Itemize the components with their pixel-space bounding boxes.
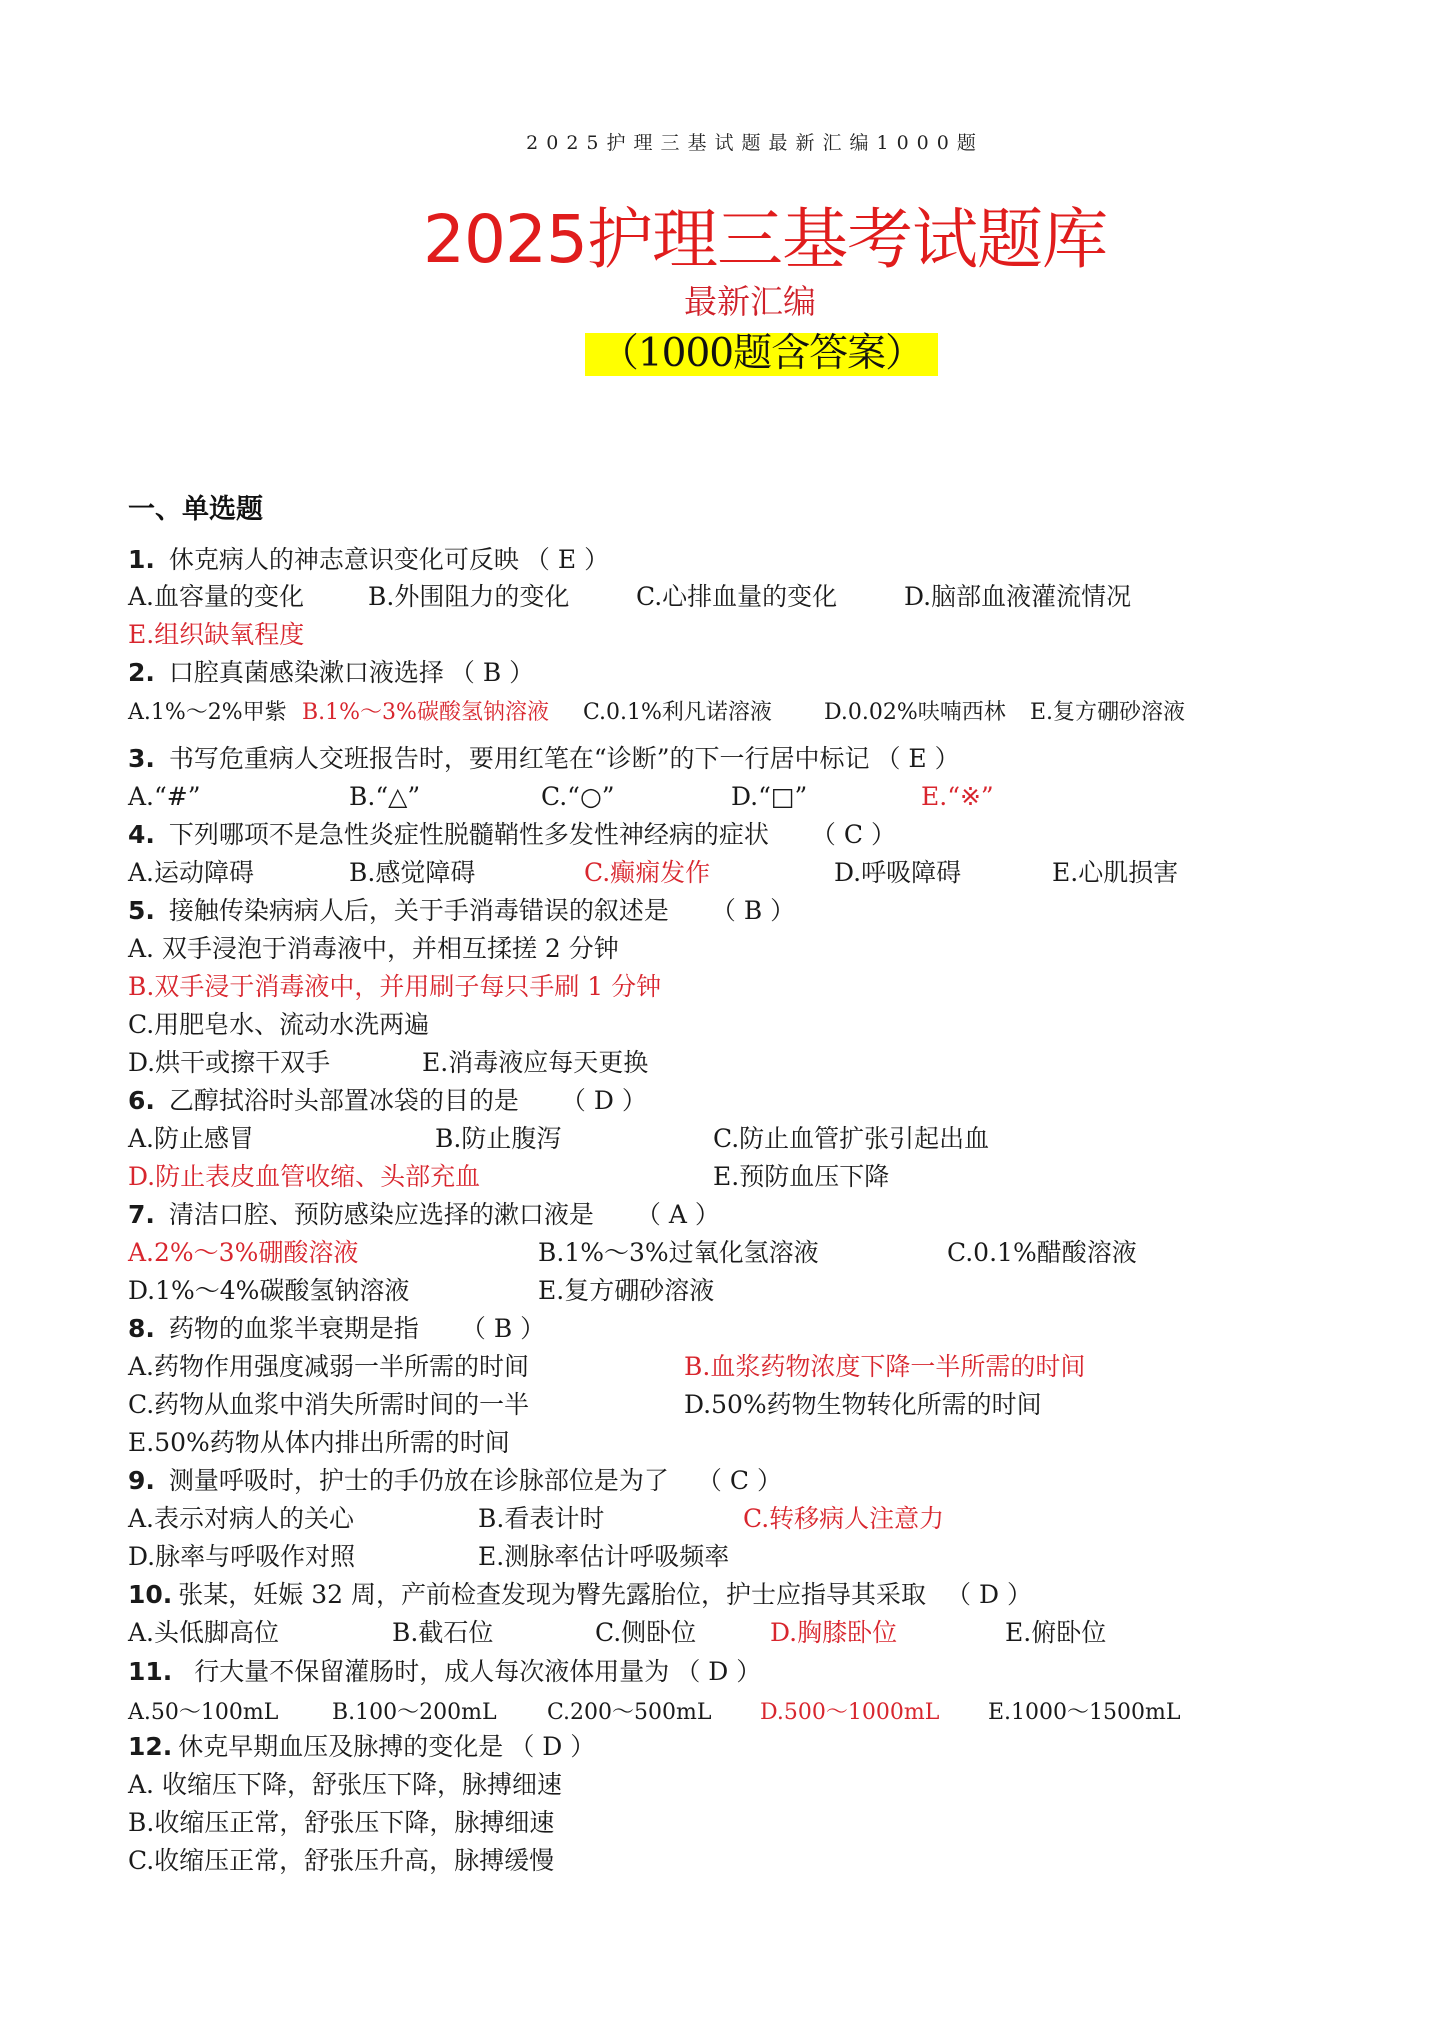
option: E.预防血压下降 bbox=[713, 1160, 889, 1194]
answer-key: （ D ） bbox=[509, 1732, 595, 1761]
section-heading: 一、单选题 bbox=[128, 487, 263, 526]
option: D.1%～4%碳酸氢钠溶液 bbox=[128, 1274, 409, 1308]
question-text: 口腔真菌感染漱口液选择 bbox=[169, 658, 444, 687]
option: B.感觉障碍 bbox=[349, 856, 475, 890]
option: E.复方硼砂溶液 bbox=[538, 1274, 714, 1308]
option: C.防止血管扩张引起出血 bbox=[713, 1122, 989, 1156]
option-correct: E.“※” bbox=[921, 780, 994, 814]
option: E.消毒液应每天更换 bbox=[422, 1046, 648, 1080]
option: E.俯卧位 bbox=[1005, 1616, 1106, 1650]
answer-key: （ C ） bbox=[697, 1466, 782, 1495]
option: B.“△” bbox=[349, 780, 420, 814]
option: A. 双手浸泡于消毒液中，并相互揉搓 2 分钟 bbox=[128, 932, 619, 966]
option-correct: D.防止表皮血管收缩、头部充血 bbox=[128, 1160, 480, 1194]
question-text: 休克病人的神志意识变化可反映 bbox=[169, 545, 519, 574]
option: D.脉率与呼吸作对照 bbox=[128, 1540, 355, 1574]
option: A.运动障碍 bbox=[128, 856, 254, 890]
option-correct: C.癫痫发作 bbox=[584, 856, 710, 890]
answer-key: （ B ） bbox=[711, 896, 795, 925]
main-title: 2025护理三基考试题库 bbox=[0, 186, 1440, 281]
answer-key: （ B ） bbox=[461, 1314, 545, 1343]
question-stem: 7.清洁口腔、预防感染应选择的漱口液是（ A ） bbox=[128, 1198, 720, 1232]
question-text: 测量呼吸时，护士的手仍放在诊脉部位是为了 bbox=[169, 1466, 669, 1495]
answer-key: （ D ） bbox=[561, 1086, 647, 1115]
question-number: 5. bbox=[128, 896, 155, 925]
question-stem: 4.下列哪项不是急性炎症性脱髓鞘性多发性神经病的症状（ C ） bbox=[128, 818, 896, 852]
option-correct: A.2%～3%硼酸溶液 bbox=[128, 1236, 358, 1270]
answer-key: （ C ） bbox=[811, 820, 896, 849]
option-correct: B.1%～3%碳酸氢钠溶液 bbox=[302, 696, 549, 730]
question-text: 药物的血浆半衰期是指 bbox=[169, 1314, 419, 1343]
option: D.呼吸障碍 bbox=[834, 856, 961, 890]
option: A. 收缩压下降，舒张压下降，脉搏细速 bbox=[128, 1768, 562, 1802]
question-stem: 3.书写危重病人交班报告时，要用红笔在“诊断”的下一行居中标记（ E ） bbox=[128, 742, 960, 776]
question-number: 8. bbox=[128, 1314, 155, 1343]
option: E.50%药物从体内排出所需的时间 bbox=[128, 1426, 510, 1460]
option: C.0.1%醋酸溶液 bbox=[947, 1236, 1137, 1270]
question-stem: 2.口腔真菌感染漱口液选择（ B ） bbox=[128, 656, 534, 690]
option: B.截石位 bbox=[392, 1616, 493, 1650]
question-number: 11. bbox=[128, 1657, 172, 1686]
option: D.0.02%呋喃西林 bbox=[824, 696, 1006, 730]
option: C.药物从血浆中消失所需时间的一半 bbox=[128, 1388, 529, 1422]
question-number: 2. bbox=[128, 658, 155, 687]
question-text: 乙醇拭浴时头部置冰袋的目的是 bbox=[169, 1086, 519, 1115]
option: A.表示对病人的关心 bbox=[128, 1502, 354, 1536]
answer-key: （ E ） bbox=[875, 744, 959, 773]
answer-key: （ D ） bbox=[675, 1657, 761, 1686]
option-correct: D.胸膝卧位 bbox=[770, 1616, 897, 1650]
highlight-banner: （1000题含答案） bbox=[585, 333, 938, 376]
option-correct: B.双手浸于消毒液中，并用刷子每只手刷 1 分钟 bbox=[128, 970, 661, 1004]
option: B.防止腹泻 bbox=[435, 1122, 561, 1156]
option: C.用肥皂水、流动水洗两遍 bbox=[128, 1008, 429, 1042]
option-correct: B.血浆药物浓度下降一半所需的时间 bbox=[684, 1350, 1085, 1384]
option: C.0.1%利凡诺溶液 bbox=[583, 696, 772, 730]
option: A.头低脚高位 bbox=[128, 1616, 279, 1650]
highlight-label: （1000题含答案） bbox=[585, 331, 938, 377]
answer-key: （ E ） bbox=[525, 545, 609, 574]
option: A.50～100mL bbox=[128, 1696, 278, 1730]
option: A.“#” bbox=[128, 780, 201, 814]
question-text: 清洁口腔、预防感染应选择的漱口液是 bbox=[169, 1200, 594, 1229]
question-stem: 5.接触传染病病人后，关于手消毒错误的叙述是（ B ） bbox=[128, 894, 795, 928]
option: A.药物作用强度减弱一半所需的时间 bbox=[128, 1350, 529, 1384]
option: A.1%～2%甲紫 bbox=[128, 696, 287, 730]
option: A.血容量的变化 bbox=[128, 580, 304, 614]
question-text: 休克早期血压及脉搏的变化是 bbox=[178, 1732, 503, 1761]
option: D.脑部血液灌流情况 bbox=[904, 580, 1131, 614]
question-text: 书写危重病人交班报告时，要用红笔在“诊断”的下一行居中标记 bbox=[169, 744, 870, 773]
running-header: 2025护理三基试题最新汇编1000题 bbox=[0, 128, 1440, 155]
question-number: 10. bbox=[128, 1580, 172, 1609]
question-stem: 1.休克病人的神志意识变化可反映（ E ） bbox=[128, 543, 609, 577]
question-text: 行大量不保留灌肠时，成人每次液体用量为 bbox=[194, 1657, 669, 1686]
option: B.看表计时 bbox=[478, 1502, 604, 1536]
answer-key: （ A ） bbox=[636, 1200, 720, 1229]
question-stem: 10.张某，妊娠 32 周，产前检查发现为臀先露胎位，护士应指导其采取（ D ） bbox=[128, 1578, 1032, 1612]
answer-key: （ B ） bbox=[450, 658, 534, 687]
question-number: 7. bbox=[128, 1200, 155, 1229]
option: C.200～500mL bbox=[547, 1696, 712, 1730]
question-text: 下列哪项不是急性炎症性脱髓鞘性多发性神经病的症状 bbox=[169, 820, 769, 849]
question-number: 1. bbox=[128, 545, 155, 574]
option-correct: C.转移病人注意力 bbox=[743, 1502, 944, 1536]
question-stem: 12.休克早期血压及脉搏的变化是（ D ） bbox=[128, 1730, 595, 1764]
question-text: 张某，妊娠 32 周，产前检查发现为臀先露胎位，护士应指导其采取 bbox=[178, 1580, 926, 1609]
question-number: 9. bbox=[128, 1466, 155, 1495]
option: C.心排血量的变化 bbox=[636, 580, 837, 614]
option: E.复方硼砂溶液 bbox=[1030, 696, 1185, 730]
option: A.防止感冒 bbox=[128, 1122, 254, 1156]
option: D.“□” bbox=[731, 780, 807, 814]
option-correct: D.500～1000mL bbox=[760, 1696, 939, 1730]
subtitle: 最新汇编 bbox=[0, 276, 1440, 323]
question-stem: 9.测量呼吸时，护士的手仍放在诊脉部位是为了（ C ） bbox=[128, 1464, 782, 1498]
answer-key: （ D ） bbox=[946, 1580, 1032, 1609]
question-number: 4. bbox=[128, 820, 155, 849]
option: B.1%～3%过氧化氢溶液 bbox=[538, 1236, 819, 1270]
question-stem: 11.行大量不保留灌肠时，成人每次液体用量为（ D ） bbox=[128, 1655, 761, 1689]
option: B.100～200mL bbox=[332, 1696, 497, 1730]
question-number: 3. bbox=[128, 744, 155, 773]
option: E.测脉率估计呼吸频率 bbox=[478, 1540, 729, 1574]
option: C.收缩压正常，舒张压升高，脉搏缓慢 bbox=[128, 1844, 554, 1878]
question-text: 接触传染病病人后，关于手消毒错误的叙述是 bbox=[169, 896, 669, 925]
option: C.侧卧位 bbox=[595, 1616, 696, 1650]
option: D.烘干或擦干双手 bbox=[128, 1046, 330, 1080]
option-correct: E.组织缺氧程度 bbox=[128, 618, 304, 652]
question-stem: 6.乙醇拭浴时头部置冰袋的目的是（ D ） bbox=[128, 1084, 647, 1118]
question-number: 12. bbox=[128, 1732, 172, 1761]
option: E.1000～1500mL bbox=[988, 1696, 1181, 1730]
question-number: 6. bbox=[128, 1086, 155, 1115]
option: B.外围阻力的变化 bbox=[368, 580, 569, 614]
option: B.收缩压正常，舒张压下降，脉搏细速 bbox=[128, 1806, 554, 1840]
question-stem: 8.药物的血浆半衰期是指（ B ） bbox=[128, 1312, 545, 1346]
option: D.50%药物生物转化所需的时间 bbox=[684, 1388, 1042, 1422]
option: E.心肌损害 bbox=[1052, 856, 1178, 890]
option: C.“○” bbox=[541, 780, 615, 814]
